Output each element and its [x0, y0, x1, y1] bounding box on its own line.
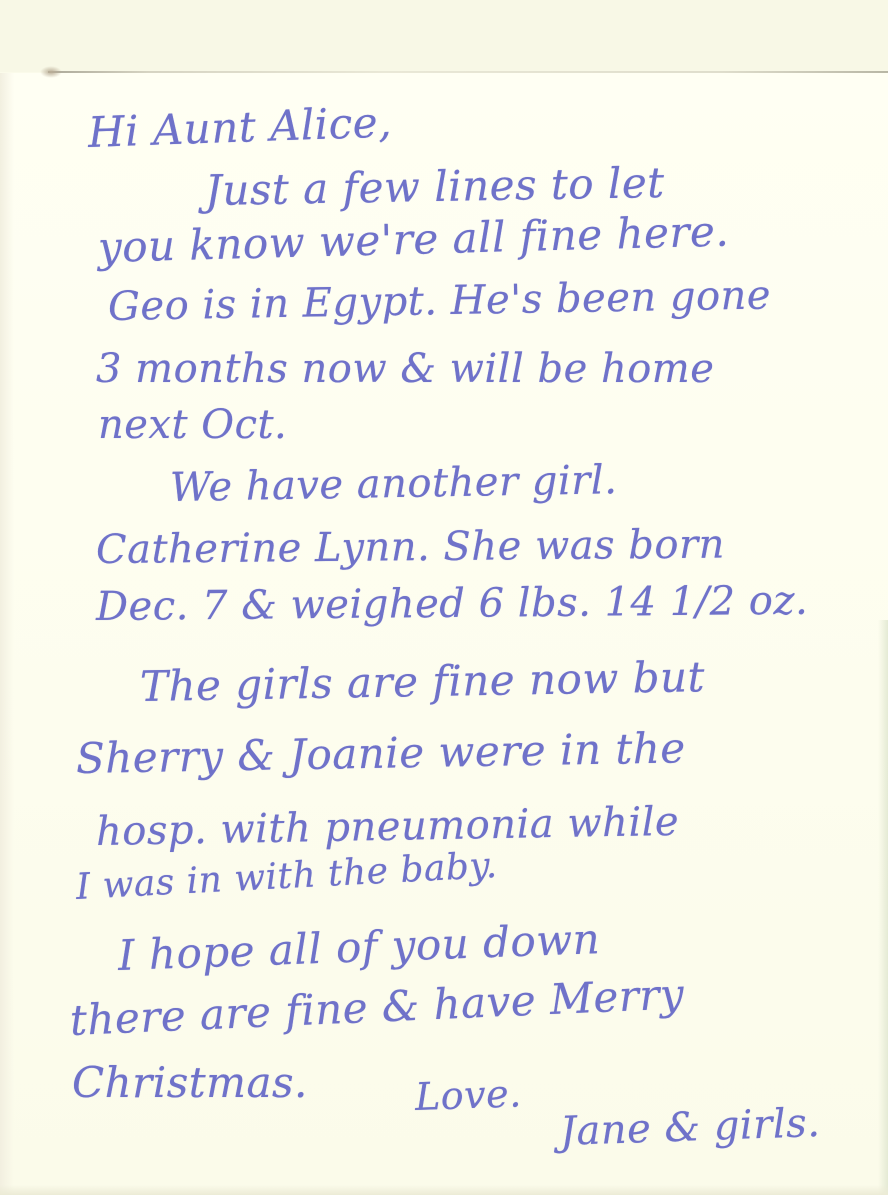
signature: Jane & girls.: [559, 1103, 821, 1152]
letter-line: We have another girl.: [170, 460, 618, 508]
paper-bottom-edge: [0, 1185, 888, 1195]
paper-top-strip: [0, 0, 888, 72]
paper-right-shade: [878, 620, 888, 1195]
letter-line: Dec. 7 & weighed 6 lbs. 14 1/2 oz.: [96, 581, 809, 627]
fold-line: [48, 71, 888, 73]
closing: Love.: [414, 1074, 522, 1116]
letter-line: Christmas.: [72, 1062, 308, 1104]
letter-line: Just a few lines to let: [205, 162, 665, 212]
letter-line: Sherry & Joanie were in the: [76, 727, 686, 780]
letter-line: Geo is in Egypt. He's been gone: [108, 275, 772, 327]
fold-mark: [40, 66, 62, 78]
letter-line: next Oct.: [98, 405, 287, 445]
letter-line: 3 months now & will be home: [96, 349, 714, 389]
paper-left-edge: [0, 73, 14, 1195]
letter-line: Catherine Lynn. She was born: [96, 525, 725, 570]
salutation: Hi Aunt Alice,: [87, 101, 392, 154]
letter-line: The girls are fine now but: [140, 656, 706, 708]
letter-line: hosp. with pneumonia while: [96, 802, 680, 852]
